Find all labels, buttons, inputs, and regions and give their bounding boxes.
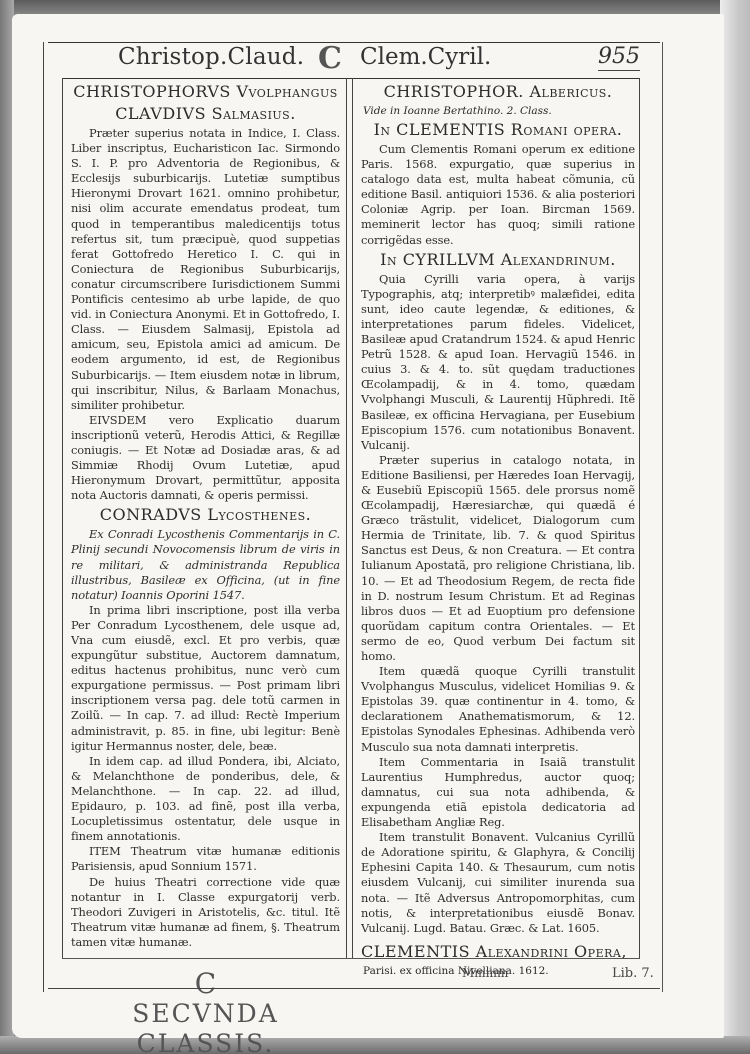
- entry-heading: CHRISTOPHOR. Albericus.: [361, 82, 635, 101]
- entry-heading: CHRISTOPHORVS Vvolphangus: [71, 82, 340, 101]
- right-column: CHRISTOPHOR. Albericus. Vide in Ioanne B…: [352, 78, 640, 958]
- scan-edge-right: [720, 0, 750, 1054]
- entry-paragraph: Quia Cyrilli varia opera, à varijs Typog…: [361, 272, 635, 453]
- entry-paragraph: EIVSDEM vero Explicatio duarum inscripti…: [71, 413, 340, 504]
- catchword: Lib. 7.: [612, 966, 654, 981]
- page-number: 955: [598, 44, 640, 71]
- entry-paragraph: De huius Theatri correctione vide quæ no…: [71, 875, 340, 950]
- entry-paragraph: Item quædã quoque Cyrilli transtulit Vvo…: [361, 664, 635, 755]
- left-column: CHRISTOPHORVS Vvolphangus CLAVDIVS Salma…: [62, 78, 347, 958]
- class-title: SECVNDA CLASSIS.: [71, 999, 340, 1054]
- entry-paragraph: Præter superius in catalogo notata, in E…: [361, 453, 635, 664]
- entry-paragraph: ITEM Theatrum vitæ humanæ editionis Pari…: [71, 844, 340, 874]
- entry-heading: CLAVDIVS Salmasius.: [71, 104, 340, 123]
- entry-heading: In CYRILLVM Alexandrinum.: [361, 250, 635, 269]
- bottom-rule: [48, 988, 660, 989]
- entry-paragraph: In prima libri inscriptione, post illa v…: [71, 603, 340, 754]
- running-head-letter: C: [318, 41, 342, 76]
- entry-paragraph: Item transtulit Bonavent. Vulcanius Cyri…: [361, 830, 635, 936]
- entry-heading: CONRADVS Lycosthenes.: [71, 505, 340, 524]
- entry-paragraph: In idem cap. ad illud Pondera, ibi, Alci…: [71, 754, 340, 845]
- entry-paragraph: Cum Clementis Romani operum ex editione …: [361, 142, 635, 248]
- signature-mark: Mmmm: [462, 966, 508, 980]
- running-head: Christop.Claud. C Clem.Cyril. 955: [60, 44, 660, 74]
- entry-paragraph: Ex Conradi Lycosthenis Commentarijs in C…: [71, 527, 340, 602]
- entry-heading: In CLEMENTIS Romani opera.: [361, 120, 635, 139]
- entry-note: Vide in Ioanne Bertathino. 2. Class.: [363, 104, 635, 118]
- page-footer: Mmmm Lib. 7.: [62, 960, 662, 986]
- entry-paragraph: Item Commentaria in Isaiã transtulit Lau…: [361, 755, 635, 830]
- running-head-right: Clem.Cyril.: [360, 44, 491, 70]
- columns-bottom-rule: [62, 958, 640, 959]
- running-head-left: Christop.Claud.: [118, 44, 304, 70]
- entry-paragraph: Præter superius notata in Indice, I. Cla…: [71, 126, 340, 413]
